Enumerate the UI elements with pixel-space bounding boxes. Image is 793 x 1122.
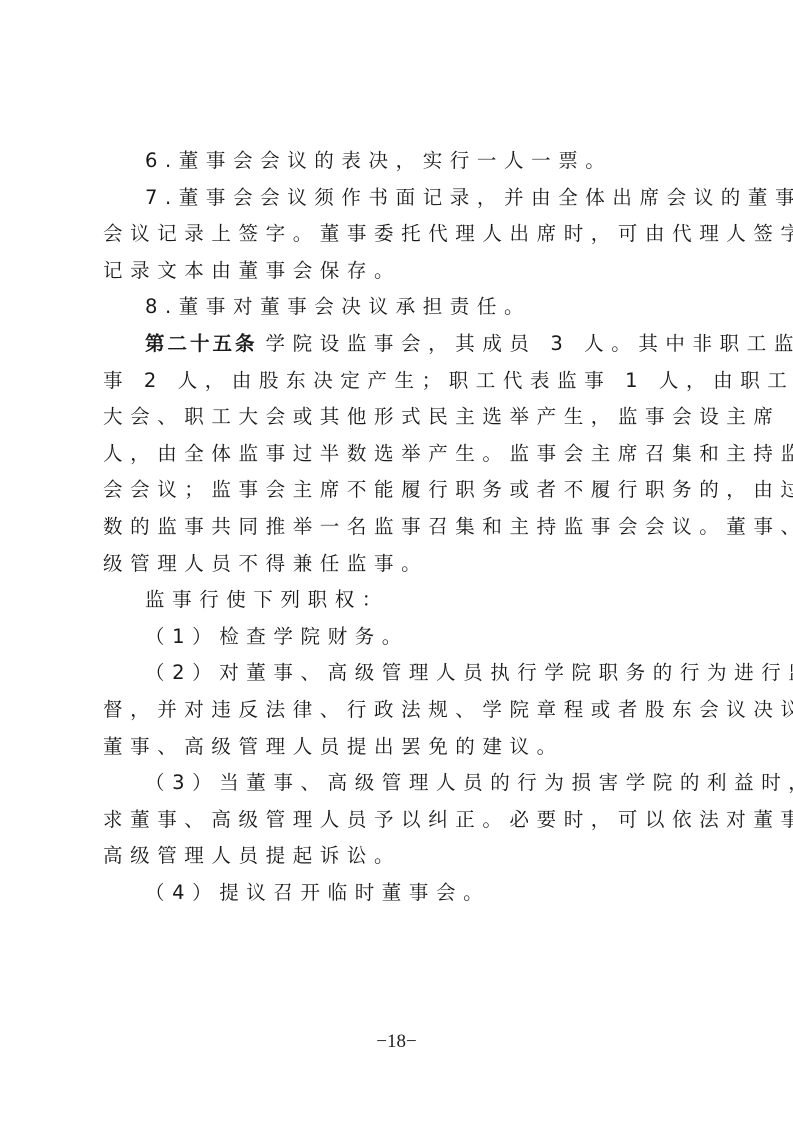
article-first-line: 第二十五条学院设监事会，其成员 3 人。其中非职工监 <box>103 326 693 363</box>
paragraph-line: 记录文本由董事会保存。 <box>103 253 693 290</box>
powers-intro: 监事行使下列职权： <box>103 582 693 619</box>
article-line: 事 2 人，由股东决定产生；职工代表监事 1 人，由职工代表 <box>103 363 693 400</box>
article-title: 第二十五条 <box>145 332 258 355</box>
power-item-2-cont: 督，并对违反法律、行政法规、学院章程或者股东会议决议的 <box>103 692 693 729</box>
power-item-3: （3）当董事、高级管理人员的行为损害学院的利益时，要 <box>103 765 693 802</box>
power-item-1: （1）检查学院财务。 <box>103 619 693 656</box>
paragraph-line: 7.董事会会议须作书面记录，并由全体出席会议的董事在 <box>103 180 693 217</box>
article-line: 级管理人员不得兼任监事。 <box>103 546 693 583</box>
article-line: 大会、职工大会或其他形式民主选举产生，监事会设主席 1 <box>103 399 693 436</box>
document-body: 6.董事会会议的表决，实行一人一票。 7.董事会会议须作书面记录，并由全体出席会… <box>103 143 693 911</box>
power-item-4: （4）提议召开临时董事会。 <box>103 875 693 912</box>
power-item-3-cont: 求董事、高级管理人员予以纠正。必要时，可以依法对董事、 <box>103 802 693 839</box>
paragraph-line: 会议记录上签字。董事委托代理人出席时，可由代理人签字。 <box>103 216 693 253</box>
article-line: 人，由全体监事过半数选举产生。监事会主席召集和主持监事 <box>103 436 693 473</box>
power-item-3-cont: 高级管理人员提起诉讼。 <box>103 838 693 875</box>
paragraph-line: 8.董事对董事会决议承担责任。 <box>103 289 693 326</box>
article-text: 学院设监事会，其成员 3 人。其中非职工监 <box>266 332 793 355</box>
power-item-2: （2）对董事、高级管理人员执行学院职务的行为进行监 <box>103 655 693 692</box>
article-line: 会会议；监事会主席不能履行职务或者不履行职务的，由过半 <box>103 472 693 509</box>
page-number: −18− <box>0 1031 793 1053</box>
paragraph-line: 6.董事会会议的表决，实行一人一票。 <box>103 143 693 180</box>
power-item-2-cont: 董事、高级管理人员提出罢免的建议。 <box>103 729 693 766</box>
article-line: 数的监事共同推举一名监事召集和主持监事会会议。董事、高 <box>103 509 693 546</box>
document-page: 6.董事会会议的表决，实行一人一票。 7.董事会会议须作书面记录，并由全体出席会… <box>0 0 793 1122</box>
